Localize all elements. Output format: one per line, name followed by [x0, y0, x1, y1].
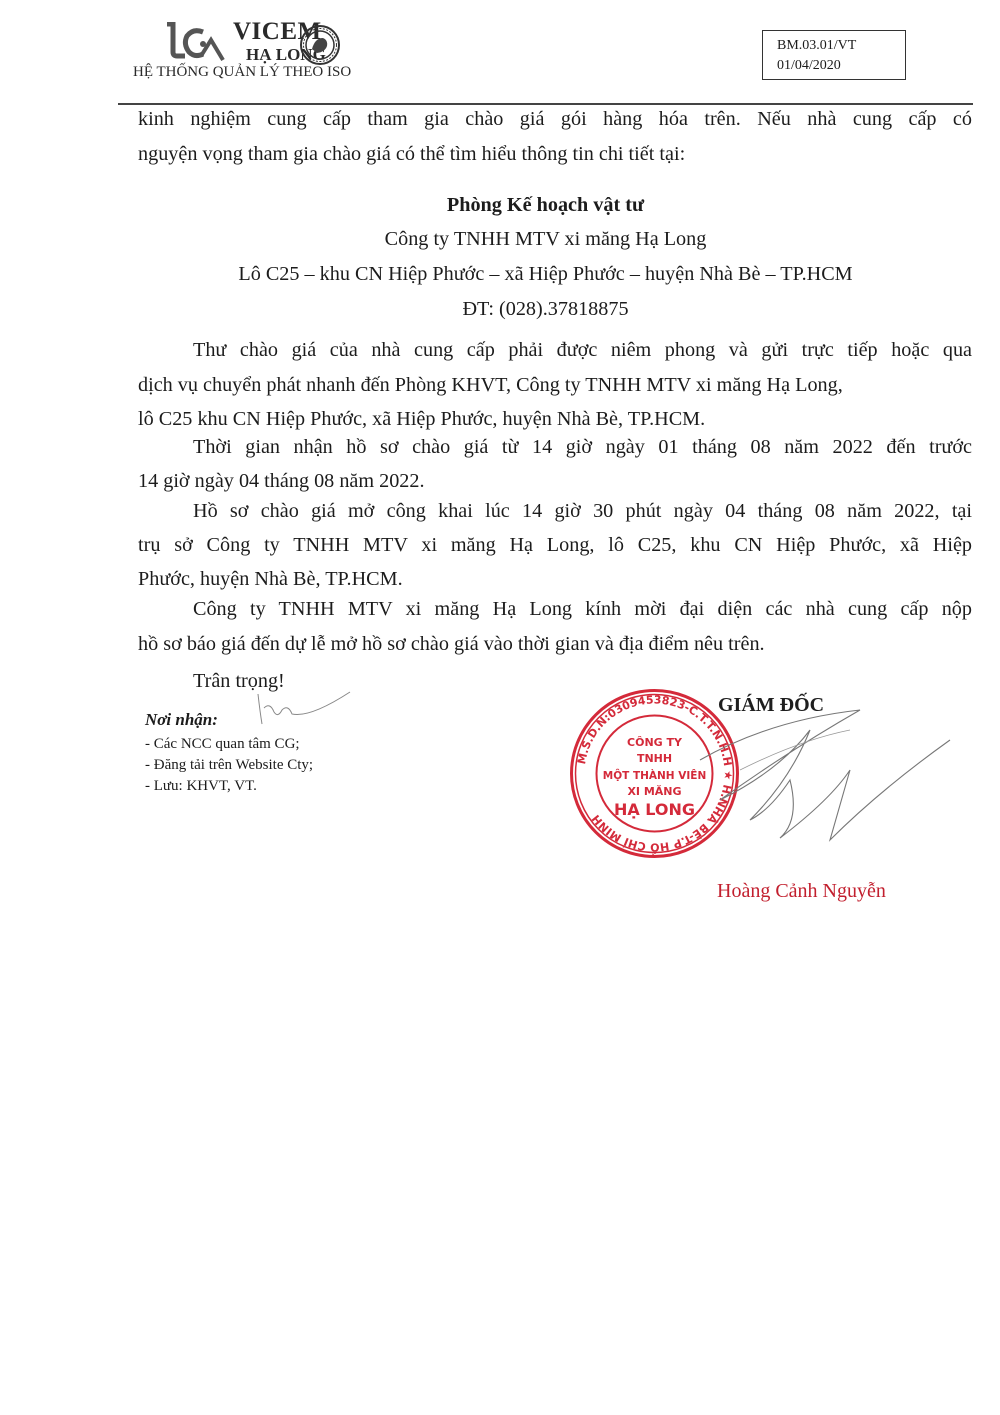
iso-system-line: HỆ THỐNG QUẢN LÝ THEO ISO [133, 64, 351, 81]
recipient-item: - Các NCC quan tâm CG; [145, 736, 300, 753]
invite-line: hồ sơ báo giá đến dự lễ mở hồ sơ chào gi… [138, 627, 765, 662]
director-signature [680, 690, 960, 850]
initials-signature [250, 688, 370, 728]
intro-line: kinh nghiệm cung cấp tham gia chào giá g… [138, 102, 972, 137]
contact-company: Công ty TNHH MTV xi măng Hạ Long [118, 222, 973, 257]
stamp-inner-line: XI MĂNG [627, 785, 681, 798]
vicem-logo-icon [163, 22, 225, 62]
recipients-title: Nơi nhận: [145, 710, 218, 730]
contact-department: Phòng Kế hoạch vật tư [118, 188, 973, 223]
submission-line: dịch vụ chuyển phát nhanh đến Phòng KHVT… [138, 368, 843, 403]
time-line: Thời gian nhận hồ sơ chào giá từ 14 giờ … [193, 430, 972, 465]
contact-address: Lô C25 – khu CN Hiệp Phước – xã Hiệp Phư… [118, 257, 973, 292]
submission-line: Thư chào giá của nhà cung cấp phải được … [193, 333, 972, 368]
signer-name: Hoàng Cảnh Nguyễn [717, 880, 886, 903]
form-code: BM.03.01/VT [777, 36, 905, 56]
round-seal-emblem-icon [299, 24, 341, 66]
form-date: 01/04/2020 [777, 56, 905, 76]
form-code-box: BM.03.01/VT 01/04/2020 [762, 30, 906, 80]
recipient-item: - Đăng tải trên Website Cty; [145, 757, 313, 774]
invite-line: Công ty TNHH MTV xi măng Hạ Long kính mờ… [193, 592, 972, 627]
contact-phone: ĐT: (028).37818875 [118, 292, 973, 327]
stamp-inner-line: CÔNG TY [627, 736, 683, 749]
stamp-inner-line: TNHH [637, 752, 672, 765]
opening-line: trụ sở Công ty TNHH MTV xi măng Hạ Long,… [138, 528, 972, 563]
opening-line: Hồ sơ chào giá mở công khai lúc 14 giờ 3… [193, 494, 972, 529]
recipient-item: - Lưu: KHVT, VT. [145, 778, 257, 795]
intro-line: nguyện vọng tham gia chào giá có thể tìm… [138, 137, 685, 172]
